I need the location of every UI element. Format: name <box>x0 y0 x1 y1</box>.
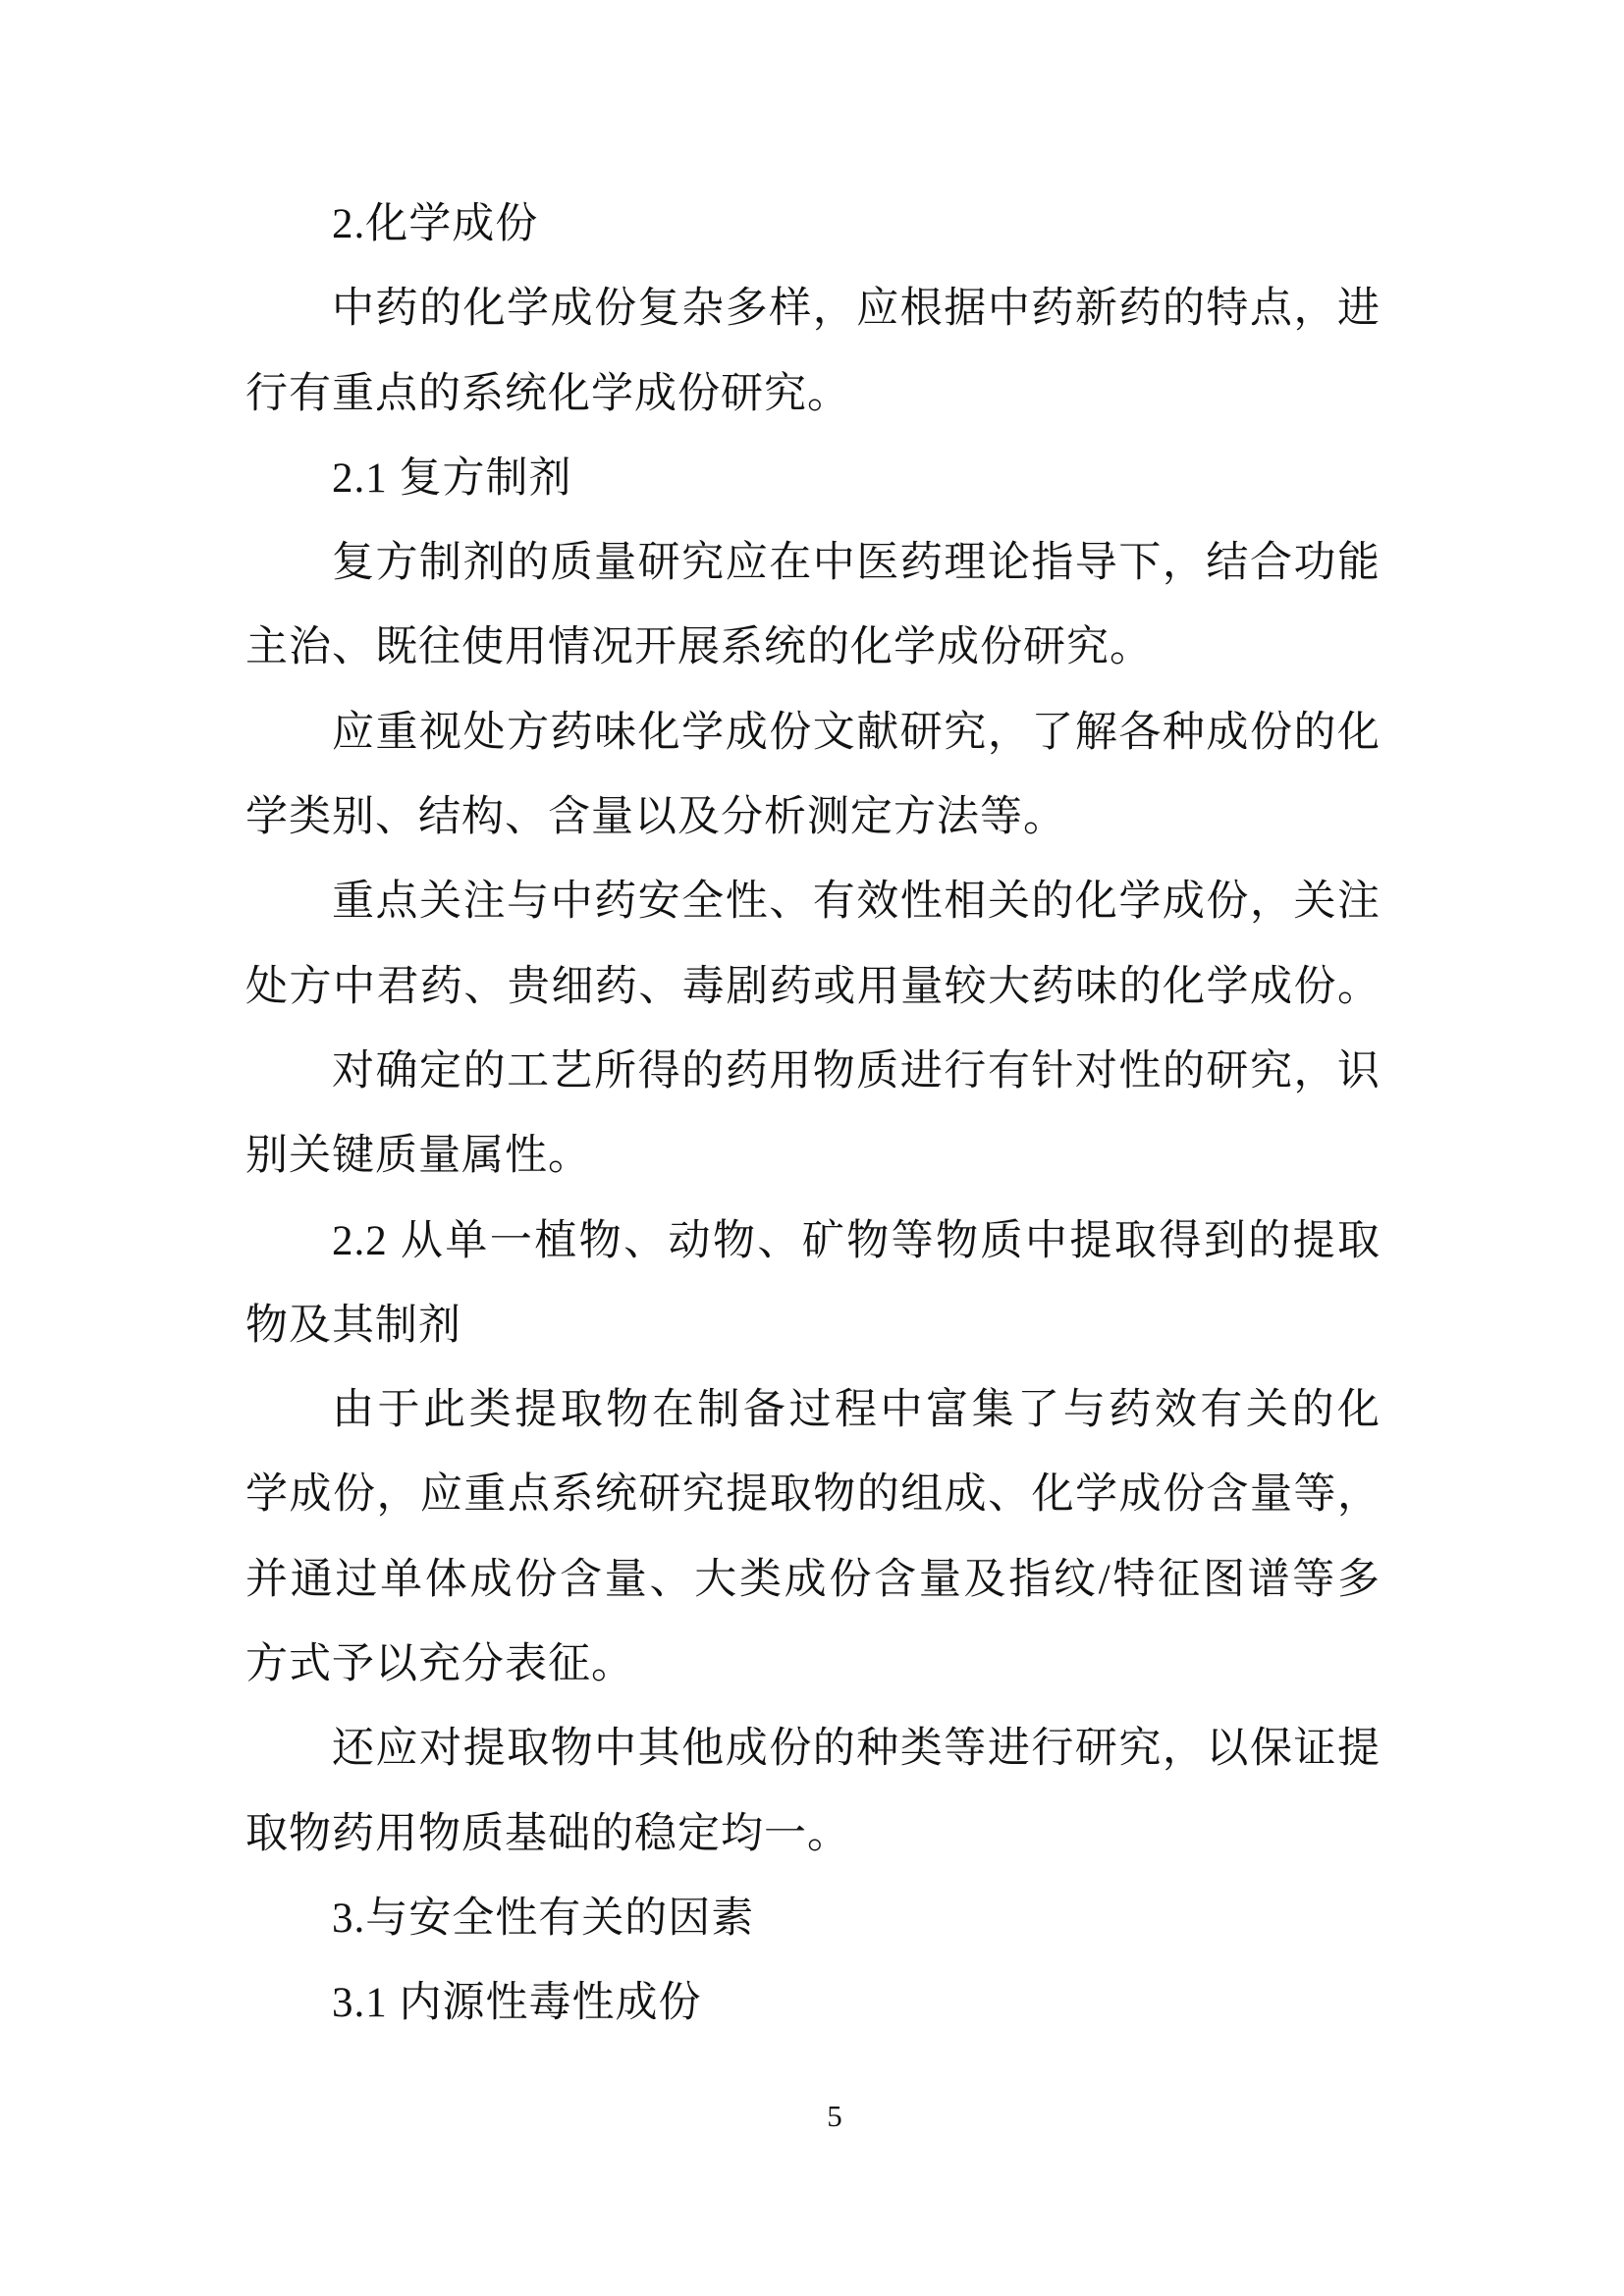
heading-line: 物及其制剂 <box>245 1284 1380 1368</box>
body-text-line: 行有重点的系统化学成份研究。 <box>245 352 1380 437</box>
body-text-line: 并通过单体成份含量、大类成份含量及指纹/特征图谱等多种 <box>245 1538 1380 1623</box>
body-text-line: 由于此类提取物在制备过程中富集了与药效有关的化 <box>245 1368 1380 1453</box>
document-text-block: 2.化学成份中药的化学成份复杂多样，应根据中药新药的特点，进行有重点的系统化学成… <box>245 183 1380 2047</box>
body-text-line: 别关键质量属性。 <box>245 1114 1380 1199</box>
heading-line: 2.化学成份 <box>245 183 1380 267</box>
body-text-line: 主治、既往使用情况开展系统的化学成份研究。 <box>245 606 1380 690</box>
body-text-line: 学类别、结构、含量以及分析测定方法等。 <box>245 775 1380 860</box>
body-text-line: 方式予以充分表征。 <box>245 1623 1380 1707</box>
document-page: 2.化学成份中药的化学成份复杂多样，应根据中药新药的特点，进行有重点的系统化学成… <box>0 0 1624 2296</box>
body-text-line: 复方制剂的质量研究应在中医药理论指导下，结合功能 <box>245 521 1380 606</box>
heading-line: 3.1 内源性毒性成份 <box>245 1961 1380 2046</box>
heading-line: 3.与安全性有关的因素 <box>245 1877 1380 1961</box>
body-text-line: 还应对提取物中其他成份的种类等进行研究，以保证提 <box>245 1707 1380 1791</box>
page-number: 5 <box>245 2097 1424 2136</box>
body-text-line: 处方中君药、贵细药、毒剧药或用量较大药味的化学成份。 <box>245 945 1380 1030</box>
body-text-line: 对确定的工艺所得的药用物质进行有针对性的研究，识 <box>245 1030 1380 1114</box>
heading-line: 2.2 从单一植物、动物、矿物等物质中提取得到的提取 <box>245 1200 1380 1284</box>
heading-line: 2.1 复方制剂 <box>245 437 1380 521</box>
body-text-line: 中药的化学成份复杂多样，应根据中药新药的特点，进 <box>245 267 1380 351</box>
body-text-line: 取物药用物质基础的稳定均一。 <box>245 1792 1380 1877</box>
body-text-line: 应重视处方药味化学成份文献研究，了解各种成份的化 <box>245 691 1380 775</box>
body-text-line: 重点关注与中药安全性、有效性相关的化学成份，关注 <box>245 860 1380 944</box>
body-text-line: 学成份，应重点系统研究提取物的组成、化学成份含量等， <box>245 1453 1380 1537</box>
